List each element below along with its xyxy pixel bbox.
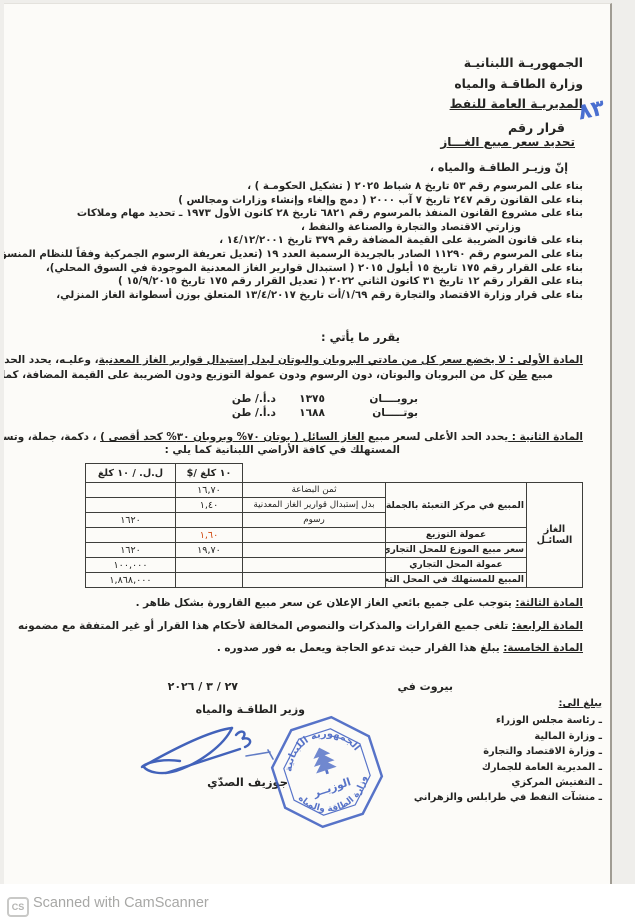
cedar-icon bbox=[309, 744, 337, 773]
cell-shop-lbp: ١٠٠,٠٠٠ bbox=[86, 558, 176, 573]
stamp-center-text: الوزيــر bbox=[311, 775, 353, 800]
clause-decree-6821: بناء على مشروع القانون المنفذ بالمرسوم ر… bbox=[4, 207, 583, 221]
butane-unit: د.أ./ طن bbox=[232, 407, 276, 419]
cell-shop-usd bbox=[176, 558, 243, 573]
cell-distributor-usd: ١٩,٧٠ bbox=[176, 543, 243, 558]
cell-distribution-lbp bbox=[86, 528, 176, 543]
article-3-title: المادة الثالثة: bbox=[515, 597, 583, 609]
cell-fees-lbp: ١٦٢٠ bbox=[86, 513, 176, 528]
letterhead: الجمهوريـة اللبنانيـة وزارة الطاقـة والم… bbox=[450, 53, 583, 115]
row-shop-commission: عمولة المحل التجاري bbox=[386, 558, 527, 573]
distribution-item-customs: ـ المديرية العامة للجمارك bbox=[414, 760, 602, 775]
cell-consumer-usd bbox=[176, 573, 243, 588]
propane-label: بروبــــان bbox=[369, 393, 418, 405]
table-row: عمولة التوزيع ١,٦٠ bbox=[86, 528, 583, 543]
clause-decision-12: بناء على القرار رقم ١٢ تاريخ ٣١ كانون ال… bbox=[4, 275, 583, 289]
cell-cylinder-swap-usd: ١,٤٠ bbox=[176, 498, 243, 513]
distribution-title: يبلغ الى: bbox=[418, 696, 602, 711]
cell-consumer-lbp: ١,٨٦٨,٠٠٠ bbox=[86, 573, 176, 588]
propane-value: ١٣٧٥ bbox=[299, 393, 325, 405]
distribution-item-oil-facilities: ـ منشآت النفط في طرابلس والزهراني bbox=[414, 790, 602, 805]
cell-empty bbox=[243, 558, 386, 573]
decision-number-label: قرار رقم bbox=[508, 120, 565, 135]
article-3: المادة الثالثة: يتوجب على جميع بائعي الغ… bbox=[136, 596, 583, 611]
table-header-row: $/ ١٠ كلغ ل.ل. / ١٠ كلغ bbox=[86, 464, 583, 483]
price-table: $/ ١٠ كلغ ل.ل. / ١٠ كلغ الغاز السائـل ال… bbox=[85, 463, 583, 588]
distribution-item-inspection: ـ التفتيش المركزي bbox=[414, 775, 602, 790]
article-1: المادة الأولى : لا يخضع سعر كل من مادتي … bbox=[4, 353, 583, 383]
letterhead-republic: الجمهوريـة اللبنانيـة bbox=[450, 53, 583, 74]
article-4: المادة الرابعة: تلغى جميع القرارات والمذ… bbox=[18, 619, 583, 634]
distribution-item-finance: ـ وزارة المالية bbox=[414, 729, 602, 744]
cell-cylinder-swap-lbp bbox=[86, 498, 176, 513]
table-row: عمولة المحل التجاري ١٠٠,٠٠٠ bbox=[86, 558, 583, 573]
cell-goods-cost-lbp bbox=[86, 483, 176, 498]
article-5-title: المادة الخامسة: bbox=[503, 642, 583, 654]
table-row: سعر مبيع الموزع للمحل التجاري ١٩,٧٠ ١٦٢٠ bbox=[86, 543, 583, 558]
butane-label: بوتـــــان bbox=[372, 407, 418, 419]
article-1-title: المادة الأولى : bbox=[506, 354, 583, 366]
article-2: المادة الثانية : يحدد الحد الأعلى لسعر م… bbox=[4, 430, 583, 445]
price-row-propane: بروبــــان ١٣٧٥ د.أ./ طن bbox=[4, 393, 610, 407]
clause-decision-175: بناء على القرار رقم ١٧٥ تاريخ ١٥ أيلول ٢… bbox=[4, 262, 583, 276]
cell-empty bbox=[243, 543, 386, 558]
article-2-title: المادة الثانية : bbox=[508, 431, 583, 443]
col-header-lbp: ل.ل. / ١٠ كلغ bbox=[86, 464, 176, 483]
cell-empty bbox=[243, 528, 386, 543]
article-1-ton: طن bbox=[508, 369, 527, 381]
propane-unit: د.أ./ طن bbox=[232, 393, 276, 405]
article-3-text: يتوجب على جميع بائعي الغاز الإعلان عن سع… bbox=[136, 597, 516, 609]
table-row: المبيع للمستهلك في المحل التجاري ١,٨٦٨,٠… bbox=[86, 573, 583, 588]
cell-distribution-usd: ١,٦٠ bbox=[176, 528, 243, 543]
distribution-item-economy: ـ وزارة الاقتصاد والتجارة bbox=[414, 744, 602, 759]
cell-distributor-lbp: ١٦٢٠ bbox=[86, 543, 176, 558]
camscanner-caption: Scanned with CamScanner bbox=[33, 895, 209, 911]
preamble-intro: إنّ وزيـر الطاقـة والمياه ، bbox=[430, 161, 568, 174]
distribution-item-pcm: ـ رئاسة مجلس الوزراء bbox=[414, 713, 602, 728]
clause-decree-53: بناء على المرسوم رقم ٥٣ تاريخ ٨ شباط ٢٠٢… bbox=[4, 180, 583, 194]
cell-cylinder-swap: بدل إستبدال قوارير الغاز المعدنية bbox=[243, 498, 386, 513]
gas-type-line1: الغاز bbox=[544, 524, 565, 535]
cedar-trunk bbox=[325, 770, 329, 775]
article-2-gas-spec: الغاز السائل ( بوتان ٧٠% وبروبان ٣٠% كحد… bbox=[100, 431, 364, 443]
article-1-line-1: المادة الأولى : لا يخضع سعر كل من مادتي … bbox=[4, 353, 583, 368]
article-4-text: تلغى جميع القرارات والمذكرات والنصوص الم… bbox=[18, 620, 512, 632]
table-row: الغاز السائـل المبيع في مركز التعبئة بال… bbox=[86, 483, 583, 498]
distribution-list: يبلغ الى: ـ رئاسة مجلس الوزراء ـ وزارة ا… bbox=[414, 696, 602, 806]
price-row-butane: بوتـــــان ١٦٨٨ د.أ./ طن bbox=[4, 407, 610, 421]
article-1-line-2: مبيع طن كل من البروبان والبوتان، دون الر… bbox=[4, 368, 553, 383]
cell-empty bbox=[243, 573, 386, 588]
decision-subject: تحديد سعر مبيع الغـــاز bbox=[440, 135, 575, 149]
col-header-usd-text: $/ ١٠ كلغ bbox=[187, 468, 232, 479]
article-1-l2a: مبيع bbox=[527, 369, 553, 381]
article-1-lead-rest: ، وعليـه، يحدد الحد الأعلى لسعر bbox=[4, 354, 99, 366]
cell-goods-cost: ثمن البضاعة bbox=[243, 483, 386, 498]
clause-economy-decision: بناء على قرار وزارة الاقتصاد والتجارة رق… bbox=[4, 289, 583, 303]
article-1-lead: لا يخضع سعر كل من مادتي البروبان والبوتا… bbox=[99, 354, 506, 366]
closing-place: بيروت في bbox=[397, 680, 453, 693]
article-5: المادة الخامسة: يبلغ هذا القرار حيث تدعو… bbox=[217, 641, 583, 656]
gas-type-line2: السائـل bbox=[537, 535, 573, 546]
col-header-usd: $/ ١٠ كلغ bbox=[176, 464, 243, 483]
group-wholesale-label: المبيع في مركز التعبئة بالجملة bbox=[386, 483, 527, 528]
article-1-l2c: كل من البروبان والبوتان، دون الرسوم ودون… bbox=[4, 369, 508, 381]
article-2-t1: يحدد الحد الأعلى لسعر مبيع bbox=[364, 431, 508, 443]
closing-date: ٢٧ / ٣ / ٢٠٢٦ bbox=[168, 680, 238, 693]
article-2-t3: ، دكمة، جملة، وتسليم bbox=[4, 431, 100, 443]
clause-vat-law-379: بناء على قانون الضريبة على القيمة المضاف… bbox=[4, 234, 583, 248]
cell-fees: رسوم bbox=[243, 513, 386, 528]
article-5-text: يبلغ هذا القرار حيث تدعو الحاجة ويعمل به… bbox=[217, 642, 503, 654]
clause-decree-11290: بناء على المرسوم رقم ١١٢٩٠ الصادر بالجري… bbox=[4, 248, 583, 262]
cell-goods-cost-usd: ١٦,٧٠ bbox=[176, 483, 243, 498]
ministry-stamp: الجمهورية اللبنانية الوزيــر وزارة الطاق… bbox=[253, 698, 402, 847]
gas-type-cell: الغاز السائـل bbox=[527, 483, 583, 588]
row-consumer-price: المبيع للمستهلك في المحل التجاري bbox=[386, 573, 527, 588]
row-distributor-price: سعر مبيع الموزع للمحل التجاري bbox=[386, 543, 527, 558]
clause-law-247: بناء على القانون رقم ٢٤٧ تاريخ ٧ آب ٢٠٠٠… bbox=[4, 194, 583, 208]
document-page: الجمهوريـة اللبنانيـة وزارة الطاقـة والم… bbox=[4, 3, 612, 885]
cell-fees-usd bbox=[176, 513, 243, 528]
decides-line: يقرر ما يأتي : bbox=[321, 330, 400, 344]
article-2-line-2: المستهلك في كافة الأراضي اللبنانية كما ي… bbox=[165, 444, 400, 456]
butane-value: ١٦٨٨ bbox=[299, 407, 325, 419]
scanned-decree-screenshot: { "colors": {"ink": "#242422", "handwrit… bbox=[0, 0, 635, 924]
clause-decree-6821-cont: وزارتي الاقتصاد والتجارة والصناعة والنفط… bbox=[4, 221, 521, 235]
camscanner-logo-icon: CS bbox=[7, 897, 29, 917]
row-distribution-commission: عمولة التوزيع bbox=[386, 528, 527, 543]
camscanner-footer: CS Scanned with CamScanner bbox=[0, 884, 635, 924]
table-header-spacer bbox=[243, 464, 583, 483]
minister-title: وزير الطاقـة والمياه bbox=[196, 703, 305, 716]
preamble-clauses: بناء على المرسوم رقم ٥٣ تاريخ ٨ شباط ٢٠٢… bbox=[4, 180, 583, 302]
decision-number-handwritten: ٨٣ bbox=[576, 95, 607, 125]
col-header-lbp-text: ل.ل. / ١٠ كلغ bbox=[98, 468, 163, 479]
article-4-title: المادة الرابعة: bbox=[512, 620, 583, 632]
letterhead-ministry: وزارة الطاقـة والمياه bbox=[450, 74, 583, 95]
letterhead-directorate: المديريـة العامة للنفط bbox=[450, 94, 583, 115]
